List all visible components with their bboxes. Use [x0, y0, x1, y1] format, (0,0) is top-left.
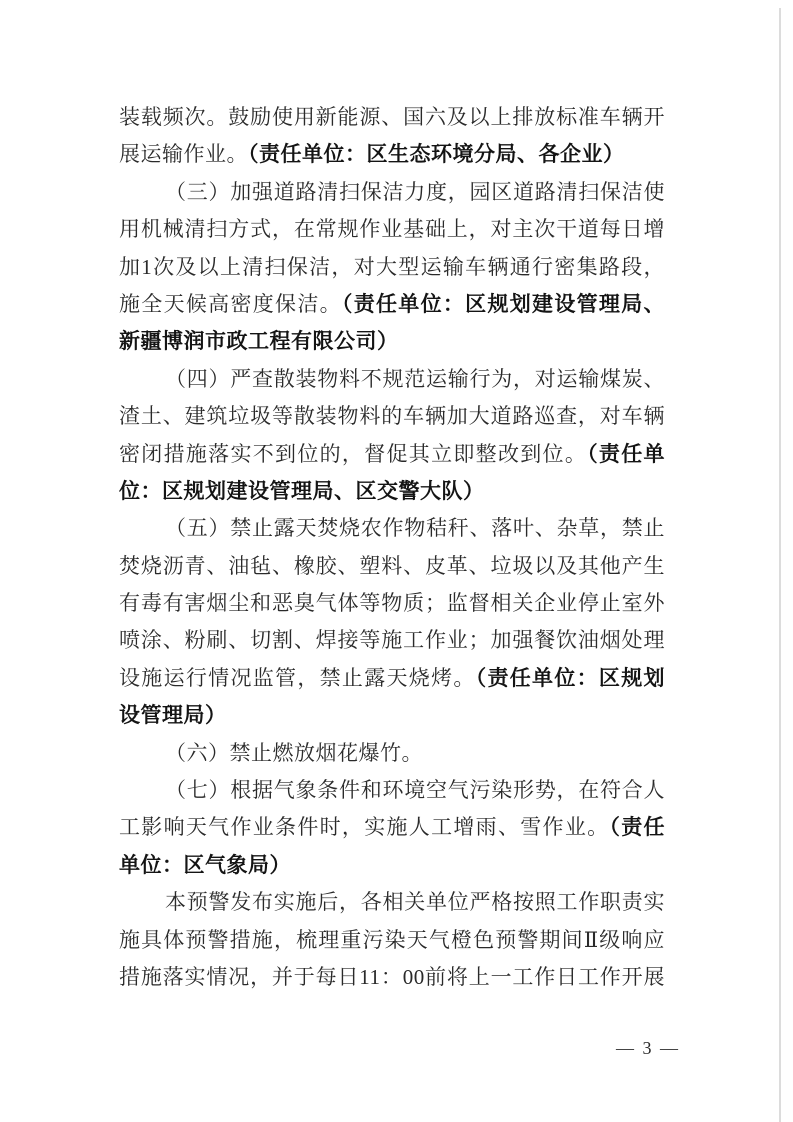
responsible-unit-text: （责任单: [587, 443, 665, 466]
responsible-unit-text: （责任: [609, 816, 665, 839]
text-line: （四）严查散装物料不规范运输行为，对运输煤炭、: [119, 361, 665, 398]
text-line: 施全天候高密度保洁。（责任单位：区规划建设管理局、: [119, 286, 665, 323]
text-line: 装载频次。鼓励使用新能源、国六及以上排放标准车辆开: [119, 99, 665, 136]
text-line: 设施运行情况监管，禁止露天烧烤。（责任单位：区规划建: [119, 660, 665, 697]
text-line: 措施落实情况，并于每日11：00前将上一工作日工作开展: [119, 959, 665, 996]
responsible-unit-text: 新疆博润市政工程有限公司）: [119, 330, 399, 353]
text-line: 工影响天气作业条件时，实施人工增雨、雪作业。（责任: [119, 809, 665, 846]
text-line: 设管理局）: [119, 697, 665, 734]
body-text: 渣土、建筑垃圾等散装物料的车辆加大道路巡查，对车辆: [119, 404, 665, 428]
body-text: 工影响天气作业条件时，实施人工增雨、雪作业。: [119, 815, 609, 839]
body-text: 喷涂、粉刷、切割、焊接等施工作业；加强餐饮油烟处理: [119, 628, 665, 652]
text-line: （五）禁止露天焚烧农作物秸秆、落叶、杂草，禁止: [119, 510, 665, 547]
document-body: 装载频次。鼓励使用新能源、国六及以上排放标准车辆开展运输作业。（责任单位：区生态…: [119, 99, 665, 996]
text-line: （七）根据气象条件和环境空气污染形势，在符合人: [119, 772, 665, 809]
body-text: 有毒有害烟尘和恶臭气体等物质；监督相关企业停止室外: [119, 591, 665, 615]
responsible-unit-text: （责任单位：区规划建设管理局、: [342, 293, 665, 316]
body-text: 施全天候高密度保洁。: [119, 292, 342, 316]
body-text: 施具体预警措施，梳理重污染天气橙色预警期间Ⅱ级响应: [119, 928, 665, 952]
text-line: （三）加强道路清扫保洁力度，园区道路清扫保洁使: [119, 174, 665, 211]
text-line: 渣土、建筑垃圾等散装物料的车辆加大道路巡查，对车辆: [119, 398, 665, 435]
body-text: （五）禁止露天焚烧农作物秸秆、落叶、杂草，禁止: [165, 516, 665, 540]
body-text: （四）严查散装物料不规范运输行为，对运输煤炭、: [165, 367, 665, 391]
scan-edge-line: [779, 8, 781, 1122]
text-line: 喷涂、粉刷、切割、焊接等施工作业；加强餐饮油烟处理: [119, 622, 665, 659]
body-text: 密闭措施落实不到位的，督促其立即整改到位。: [119, 442, 587, 466]
responsible-unit-text: 位：区规划建设管理局、区交警大队）: [119, 480, 485, 503]
text-line: 单位：区气象局）: [119, 847, 665, 884]
text-line: 用机械清扫方式，在常规作业基础上，对主次干道每日增: [119, 211, 665, 248]
text-line: 位：区规划建设管理局、区交警大队）: [119, 473, 665, 510]
body-text: 焚烧沥青、油毡、橡胶、塑料、皮革、垃圾以及其他产生: [119, 554, 665, 578]
responsible-unit-text: 设管理局）: [119, 704, 227, 727]
responsible-unit-text: （责任单位：区生态环境分局、各企业）: [248, 143, 625, 166]
body-text: 加1次及以上清扫保洁，对大型运输车辆通行密集路段，实: [119, 255, 665, 286]
body-text: （七）根据气象条件和环境空气污染形势，在符合人: [165, 778, 665, 802]
body-text: （三）加强道路清扫保洁力度，园区道路清扫保洁使: [165, 180, 665, 204]
body-text: 装载频次。鼓励使用新能源、国六及以上排放标准车辆开: [119, 105, 665, 129]
text-line: （六）禁止燃放烟花爆竹。（责任单位：区公安分局）: [119, 735, 665, 772]
text-line: 新疆博润市政工程有限公司）: [119, 323, 665, 360]
body-text: 本预警发布实施后，各相关单位严格按照工作职责实: [165, 890, 665, 914]
body-text: 设施运行情况监管，禁止露天烧烤。: [119, 666, 476, 690]
responsible-unit-text: 单位：区气象局）: [119, 854, 291, 877]
text-line: 本预警发布实施后，各相关单位严格按照工作职责实: [119, 884, 665, 921]
body-text: 用机械清扫方式，在常规作业基础上，对主次干道每日增: [119, 217, 665, 241]
text-line: 加1次及以上清扫保洁，对大型运输车辆通行密集路段，实: [119, 249, 665, 286]
text-line: 有毒有害烟尘和恶臭气体等物质；监督相关企业停止室外: [119, 585, 665, 622]
page-number: — 3 —: [616, 1038, 680, 1059]
text-line: 密闭措施落实不到位的，督促其立即整改到位。（责任单: [119, 436, 665, 473]
text-line: 展运输作业。（责任单位：区生态环境分局、各企业）: [119, 136, 665, 173]
body-text: （六）禁止燃放烟花爆竹。: [165, 741, 423, 765]
body-text: 措施落实情况，并于每日11：00前将上一工作日工作开展: [119, 965, 665, 989]
scanned-document-page: 装载频次。鼓励使用新能源、国六及以上排放标准车辆开展运输作业。（责任单位：区生态…: [0, 0, 793, 1122]
text-line: 施具体预警措施，梳理重污染天气橙色预警期间Ⅱ级响应: [119, 922, 665, 959]
text-line: 焚烧沥青、油毡、橡胶、塑料、皮革、垃圾以及其他产生: [119, 548, 665, 585]
body-text: 展运输作业。: [119, 142, 248, 166]
